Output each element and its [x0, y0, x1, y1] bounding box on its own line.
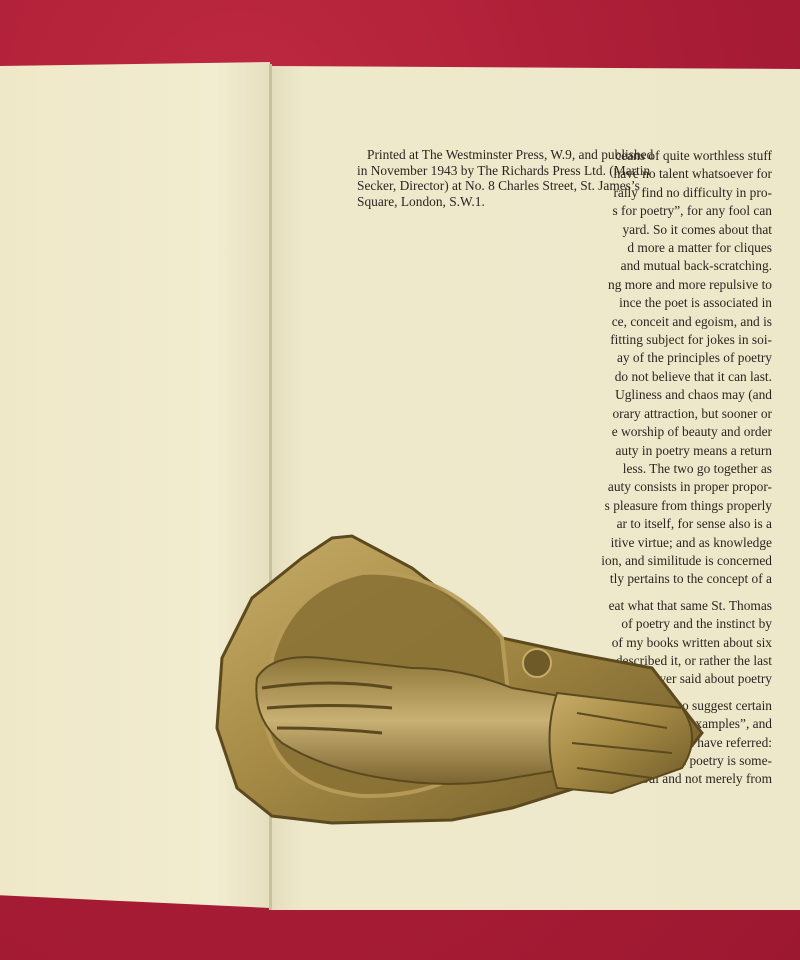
text-line: ay of the principles of poetry	[532, 349, 772, 367]
text-line: auty consists in proper propor-	[532, 478, 772, 496]
text-line: yard. So it comes about that	[532, 221, 772, 239]
text-line: auty in poetry means a return	[532, 442, 772, 460]
imprint-line: Printed at The Westminster Press, W.9, a…	[357, 147, 729, 163]
text-line: fitting subject for jokes in soi-	[532, 331, 772, 349]
text-line: do not believe that it can last.	[532, 368, 772, 386]
text-line: ng more and more repulsive to	[532, 276, 772, 294]
text-line: e worship of beauty and order	[532, 423, 772, 441]
text-line: s pleasure from things properly	[532, 497, 772, 515]
text-line: ce, conceit and egoism, and is	[532, 313, 772, 331]
imprint-line: in November 1943 by The Richards Press L…	[357, 163, 729, 179]
text-line: d more a matter for cliques	[532, 239, 772, 257]
brass-hand-clip-icon	[212, 528, 712, 833]
text-line: and mutual back-scratching.	[532, 257, 772, 275]
imprint-line: Square, London, S.W.1.	[357, 194, 729, 210]
text-line: orary attraction, but sooner or	[532, 405, 772, 423]
text-line: ince the poet is associated in	[532, 294, 772, 312]
open-book: ceans of quite worthless stuff have no t…	[0, 0, 800, 960]
imprint-line: Secker, Director) at No. 8 Charles Stree…	[357, 178, 729, 194]
printer-imprint: Printed at The Westminster Press, W.9, a…	[357, 147, 729, 209]
text-line: less. The two go together as	[532, 460, 772, 478]
text-line: Ugliness and chaos may (and	[532, 386, 772, 404]
